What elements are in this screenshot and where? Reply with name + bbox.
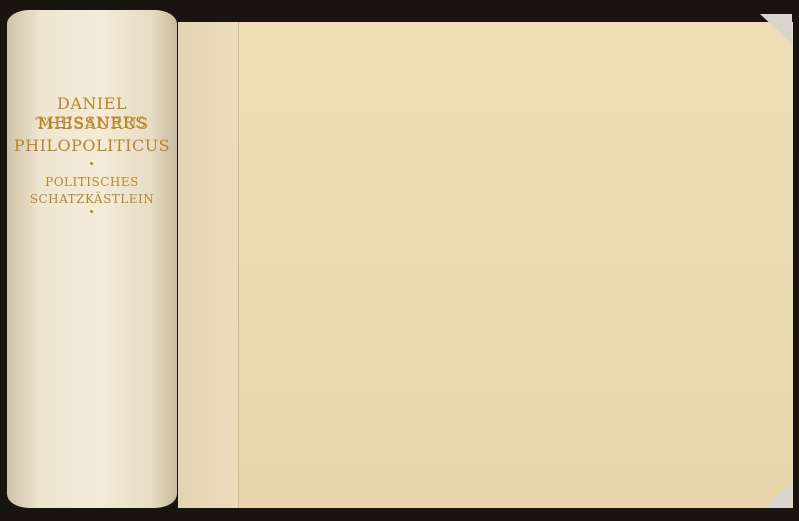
spine-title-2: PHILOPOLITICUS bbox=[7, 136, 177, 155]
ornament-dot bbox=[90, 162, 93, 165]
cover-hinge bbox=[178, 22, 239, 508]
ornament-dot bbox=[90, 210, 93, 213]
spine-title-1: THESAURUS bbox=[7, 114, 177, 133]
spine-subtitle-1: POLITISCHES bbox=[7, 175, 177, 189]
book-cover bbox=[178, 22, 793, 508]
book-spine: DANIEL MEISSNERS THESAURUS PHILOPOLITICU… bbox=[7, 10, 177, 508]
spine-subtitle-2: SCHATZKÄSTLEIN bbox=[7, 192, 177, 206]
